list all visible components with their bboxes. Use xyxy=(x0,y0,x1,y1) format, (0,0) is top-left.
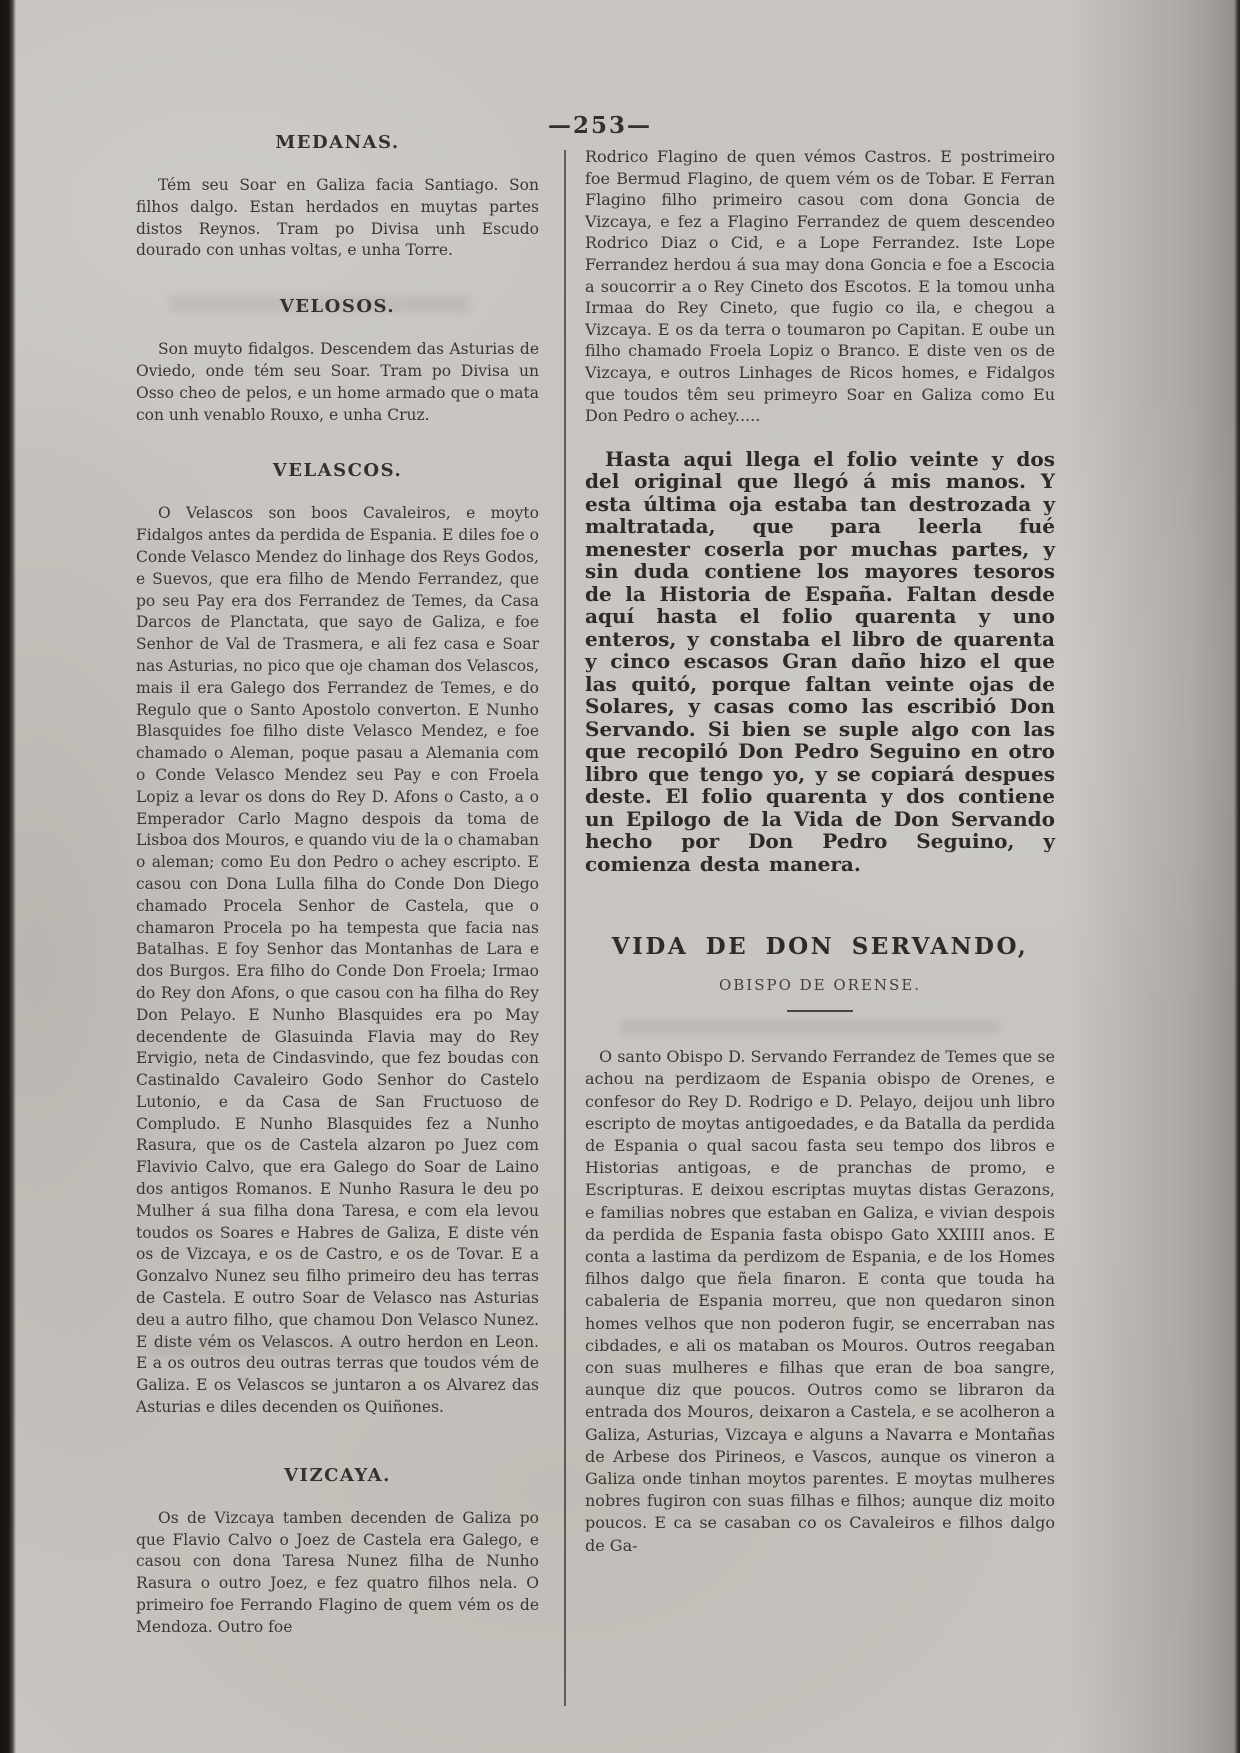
continuation-paragraph: Rodrico Flagino de quen vémos Castros. E… xyxy=(585,146,1055,427)
section-heading-vizcaya: VIZCAYA. xyxy=(136,1465,539,1486)
heading-separator-rule xyxy=(787,1010,853,1012)
column-divider-rule xyxy=(564,150,566,1706)
page-edge-shadow xyxy=(1234,0,1240,1753)
editorial-note-paragraph: Hasta aqui llega el folio veinte y dos d… xyxy=(585,448,1055,876)
section-body-velosos: Son muyto fidalgos. Descendem das Asturi… xyxy=(136,339,539,426)
book-binding-edge xyxy=(0,0,16,1753)
section-body-vizcaya: Os de Vizcaya tamben decenden de Galiza … xyxy=(136,1508,539,1639)
vida-de-don-servando-heading: VIDA DE DON SERVANDO, xyxy=(585,933,1055,960)
left-column: MEDANAS. Tém seu Soar en Galiza facia Sa… xyxy=(136,132,539,1639)
vida-body-paragraph: O santo Obispo D. Servando Ferrandez de … xyxy=(585,1046,1055,1557)
section-heading-velascos: VELASCOS. xyxy=(136,460,539,481)
section-heading-medanas: MEDANAS. xyxy=(136,132,539,153)
right-column: Rodrico Flagino de quen vémos Castros. E… xyxy=(585,146,1055,1557)
section-body-medanas: Tém seu Soar en Galiza facia Santiago. S… xyxy=(136,175,539,262)
section-heading-velosos: VELOSOS. xyxy=(136,296,539,317)
section-body-velascos: O Velascos son boos Cavaleiros, e moyto … xyxy=(136,503,539,1418)
obispo-de-orense-subheading: OBISPO DE ORENSE. xyxy=(585,976,1055,994)
scanned-book-page: { "page_number": "—253—", "left_column":… xyxy=(0,0,1240,1753)
